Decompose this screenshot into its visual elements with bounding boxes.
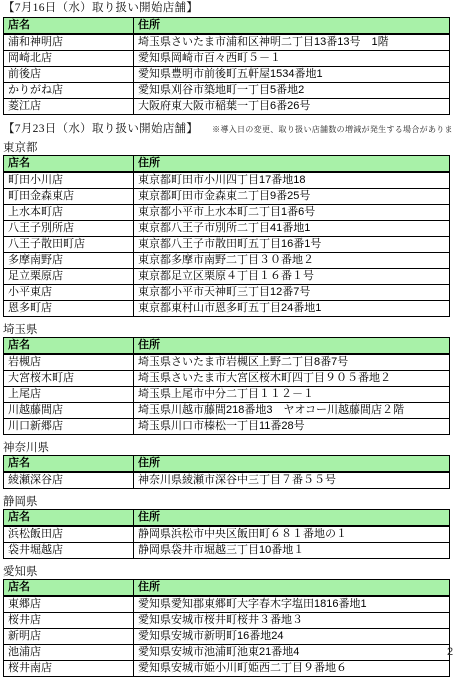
region-group-shizuoka: 静岡県 店名住所浜松飯田店静岡県浜松市中央区飯田町６８１番地の１袋井堀越店静岡県… bbox=[3, 496, 450, 559]
table-row: 綾瀬深谷店神奈川県綾瀬市深谷中三丁目７番５５号 bbox=[4, 472, 450, 489]
address-cell: 神奈川県綾瀬市深谷中三丁目７番５５号 bbox=[134, 472, 450, 489]
table-row: 浜松飯田店静岡県浜松市中央区飯田町６８１番地の１ bbox=[4, 526, 450, 543]
table-header-row: 店名住所 bbox=[4, 338, 450, 355]
store-name-cell: 川口新郷店 bbox=[4, 419, 134, 435]
store-table-jul16: 店名住所浦和神明店埼玉県さいたま市浦和区神明二丁目13番13号 1階岡崎北店愛知… bbox=[3, 17, 450, 115]
table-header-row: 店名住所 bbox=[4, 156, 450, 173]
table-row: 岩槻店埼玉県さいたま市岩槻区上野二丁目8番7号 bbox=[4, 354, 450, 371]
store-name-cell: 小平東店 bbox=[4, 285, 134, 301]
address-cell: 埼玉県川口市榛松一丁目11番28号 bbox=[134, 419, 450, 435]
column-header-store: 店名 bbox=[4, 510, 134, 527]
address-cell: 愛知県豊明市前後町五軒屋1534番地1 bbox=[134, 67, 450, 83]
table-row: 新明店愛知県安城市新明町16番地24 bbox=[4, 629, 450, 645]
region-group-tokyo: 東京都 店名住所町田小川店東京都町田市小川四丁目17番地18町田金森東店東京都町… bbox=[3, 142, 450, 317]
address-cell: 東京都八王子市散田町五丁目16番1号 bbox=[134, 237, 450, 253]
address-cell: 愛知県愛知郡東郷町大字春木字塩田1816番地1 bbox=[134, 596, 450, 613]
table-row: かりがね店愛知県刈谷市築地町一丁目5番地2 bbox=[4, 83, 450, 99]
address-cell: 大阪府東大阪市稲葉一丁目6番26号 bbox=[134, 99, 450, 115]
section1-title: 【7月16日（水）取り扱い開始店舗】 bbox=[3, 2, 450, 14]
column-header-store: 店名 bbox=[4, 156, 134, 173]
table-row: 大宮桜木町店埼玉県さいたま市大宮区桜木町四丁目９０５番地２ bbox=[4, 371, 450, 387]
address-cell: 静岡県浜松市中央区飯田町６８１番地の１ bbox=[134, 526, 450, 543]
store-name-cell: 桜井南店 bbox=[4, 661, 134, 677]
address-cell: 東京都足立区栗原４丁目１６番１号 bbox=[134, 269, 450, 285]
column-header-address: 住所 bbox=[134, 510, 450, 527]
store-name-cell: 池浦店 bbox=[4, 645, 134, 661]
address-cell: 愛知県安城市桜井町桜井３番地３ bbox=[134, 613, 450, 629]
address-cell: 愛知県岡崎市百々西町５－１ bbox=[134, 51, 450, 67]
table-row: 上水本町店東京都小平市上水本町二丁目1番6号 bbox=[4, 205, 450, 221]
store-name-cell: 袋井堀越店 bbox=[4, 543, 134, 559]
table-header-row: 店名住所 bbox=[4, 456, 450, 473]
store-name-cell: 菱江店 bbox=[4, 99, 134, 115]
store-name-cell: 町田小川店 bbox=[4, 172, 134, 189]
store-name-cell: 上水本町店 bbox=[4, 205, 134, 221]
store-name-cell: 八王子散田町店 bbox=[4, 237, 134, 253]
store-name-cell: 足立栗原店 bbox=[4, 269, 134, 285]
table-row: 町田金森東店東京都町田市金森東二丁目9番25号 bbox=[4, 189, 450, 205]
address-cell: 埼玉県上尾市中分二丁目１１２－１ bbox=[134, 387, 450, 403]
region-label-kanagawa: 神奈川県 bbox=[3, 442, 450, 454]
store-name-cell: 前後店 bbox=[4, 67, 134, 83]
section2-title: 【7月23日（水）取り扱い開始店舗】 bbox=[3, 123, 198, 135]
column-header-address: 住所 bbox=[134, 338, 450, 355]
table-row: 桜井店愛知県安城市桜井町桜井３番地３ bbox=[4, 613, 450, 629]
document-page: 【7月16日（水）取り扱い開始店舗】 店名住所浦和神明店埼玉県さいたま市浦和区神… bbox=[0, 0, 453, 677]
table-row: 恩多町店東京都東村山市恩多町五丁目24番地1 bbox=[4, 301, 450, 317]
address-cell: 東京都八王子市別所二丁目41番地1 bbox=[134, 221, 450, 237]
store-name-cell: 大宮桜木町店 bbox=[4, 371, 134, 387]
store-name-cell: 恩多町店 bbox=[4, 301, 134, 317]
address-cell: 愛知県刈谷市築地町一丁目5番地2 bbox=[134, 83, 450, 99]
column-header-address: 住所 bbox=[134, 580, 450, 597]
column-header-address: 住所 bbox=[134, 18, 450, 35]
table-row: 小平東店東京都小平市天神町三丁目12番7号 bbox=[4, 285, 450, 301]
table-header-row: 店名住所 bbox=[4, 580, 450, 597]
store-name-cell: 綾瀬深谷店 bbox=[4, 472, 134, 489]
column-header-store: 店名 bbox=[4, 338, 134, 355]
table-row: 多摩南野店東京都多摩市南野二丁目３０番地２ bbox=[4, 253, 450, 269]
region-label-tokyo: 東京都 bbox=[3, 142, 450, 154]
region-group-saitama: 埼玉県 店名住所岩槻店埼玉県さいたま市岩槻区上野二丁目8番7号大宮桜木町店埼玉県… bbox=[3, 324, 450, 435]
table-header-row: 店名住所 bbox=[4, 510, 450, 527]
table-header-row: 店名住所 bbox=[4, 18, 450, 35]
region-label-aichi: 愛知県 bbox=[3, 566, 450, 578]
store-table-kanagawa: 店名住所綾瀬深谷店神奈川県綾瀬市深谷中三丁目７番５５号 bbox=[3, 455, 450, 489]
store-name-cell: 桜井店 bbox=[4, 613, 134, 629]
region-group-aichi: 愛知県 店名住所東郷店愛知県愛知郡東郷町大字春木字塩田1816番地1桜井店愛知県… bbox=[3, 566, 450, 677]
store-name-cell: 浜松飯田店 bbox=[4, 526, 134, 543]
address-cell: 愛知県安城市新明町16番地24 bbox=[134, 629, 450, 645]
region-group-kanagawa: 神奈川県 店名住所綾瀬深谷店神奈川県綾瀬市深谷中三丁目７番５５号 bbox=[3, 442, 450, 489]
table-row: 川越藤間店埼玉県川越市藤間218番地3 ヤオコー川越藤間店２階 bbox=[4, 403, 450, 419]
store-name-cell: 新明店 bbox=[4, 629, 134, 645]
table-row: 町田小川店東京都町田市小川四丁目17番地18 bbox=[4, 172, 450, 189]
column-header-store: 店名 bbox=[4, 456, 134, 473]
page-number: 2 bbox=[447, 646, 453, 658]
table-row: 八王子別所店東京都八王子市別所二丁目41番地1 bbox=[4, 221, 450, 237]
table-row: 前後店愛知県豊明市前後町五軒屋1534番地1 bbox=[4, 67, 450, 83]
table-row: 八王子散田町店東京都八王子市散田町五丁目16番1号 bbox=[4, 237, 450, 253]
address-cell: 埼玉県川越市藤間218番地3 ヤオコー川越藤間店２階 bbox=[134, 403, 450, 419]
store-name-cell: 岡崎北店 bbox=[4, 51, 134, 67]
store-name-cell: 東郷店 bbox=[4, 596, 134, 613]
address-cell: 埼玉県さいたま市浦和区神明二丁目13番13号 1階 bbox=[134, 34, 450, 51]
address-cell: 愛知県安城市池浦町池東21番地4 bbox=[134, 645, 450, 661]
region-label-saitama: 埼玉県 bbox=[3, 324, 450, 336]
table-row: 上尾店埼玉県上尾市中分二丁目１１２－１ bbox=[4, 387, 450, 403]
column-header-store: 店名 bbox=[4, 580, 134, 597]
table-row: 池浦店愛知県安城市池浦町池東21番地4 bbox=[4, 645, 450, 661]
store-name-cell: 川越藤間店 bbox=[4, 403, 134, 419]
column-header-address: 住所 bbox=[134, 456, 450, 473]
table-row: 東郷店愛知県愛知郡東郷町大字春木字塩田1816番地1 bbox=[4, 596, 450, 613]
table-row: 袋井堀越店静岡県袋井市堀越三丁目10番地１ bbox=[4, 543, 450, 559]
store-name-cell: 岩槻店 bbox=[4, 354, 134, 371]
store-name-cell: 浦和神明店 bbox=[4, 34, 134, 51]
store-name-cell: かりがね店 bbox=[4, 83, 134, 99]
store-table-shizuoka: 店名住所浜松飯田店静岡県浜松市中央区飯田町６８１番地の１袋井堀越店静岡県袋井市堀… bbox=[3, 509, 450, 559]
address-cell: 東京都町田市小川四丁目17番地18 bbox=[134, 172, 450, 189]
address-cell: 東京都町田市金森東二丁目9番25号 bbox=[134, 189, 450, 205]
address-cell: 東京都多摩市南野二丁目３０番地２ bbox=[134, 253, 450, 269]
store-table-saitama: 店名住所岩槻店埼玉県さいたま市岩槻区上野二丁目8番7号大宮桜木町店埼玉県さいたま… bbox=[3, 337, 450, 435]
store-name-cell: 多摩南野店 bbox=[4, 253, 134, 269]
column-header-store: 店名 bbox=[4, 18, 134, 35]
table-row: 岡崎北店愛知県岡崎市百々西町５－１ bbox=[4, 51, 450, 67]
address-cell: 東京都小平市上水本町二丁目1番6号 bbox=[134, 205, 450, 221]
column-header-address: 住所 bbox=[134, 156, 450, 173]
store-name-cell: 町田金森東店 bbox=[4, 189, 134, 205]
address-cell: 埼玉県さいたま市岩槻区上野二丁目8番7号 bbox=[134, 354, 450, 371]
store-name-cell: 上尾店 bbox=[4, 387, 134, 403]
section2-note: ※導入日の変更、取り扱い店舗数の増減が発生する場合があります bbox=[212, 124, 453, 135]
address-cell: 静岡県袋井市堀越三丁目10番地１ bbox=[134, 543, 450, 559]
table-row: 足立栗原店東京都足立区栗原４丁目１６番１号 bbox=[4, 269, 450, 285]
address-cell: 愛知県安城市姫小川町姫西二丁目９番地６ bbox=[134, 661, 450, 677]
store-name-cell: 八王子別所店 bbox=[4, 221, 134, 237]
address-cell: 埼玉県さいたま市大宮区桜木町四丁目９０５番地２ bbox=[134, 371, 450, 387]
store-table-aichi: 店名住所東郷店愛知県愛知郡東郷町大字春木字塩田1816番地1桜井店愛知県安城市桜… bbox=[3, 579, 450, 677]
table-row: 浦和神明店埼玉県さいたま市浦和区神明二丁目13番13号 1階 bbox=[4, 34, 450, 51]
table-row: 桜井南店愛知県安城市姫小川町姫西二丁目９番地６ bbox=[4, 661, 450, 677]
store-table-tokyo: 店名住所町田小川店東京都町田市小川四丁目17番地18町田金森東店東京都町田市金森… bbox=[3, 155, 450, 317]
region-label-shizuoka: 静岡県 bbox=[3, 496, 450, 508]
address-cell: 東京都小平市天神町三丁目12番7号 bbox=[134, 285, 450, 301]
table-row: 川口新郷店埼玉県川口市榛松一丁目11番28号 bbox=[4, 419, 450, 435]
address-cell: 東京都東村山市恩多町五丁目24番地1 bbox=[134, 301, 450, 317]
table-row: 菱江店大阪府東大阪市稲葉一丁目6番26号 bbox=[4, 99, 450, 115]
section2-title-row: 【7月23日（水）取り扱い開始店舗】 ※導入日の変更、取り扱い店舗数の増減が発生… bbox=[3, 123, 450, 135]
